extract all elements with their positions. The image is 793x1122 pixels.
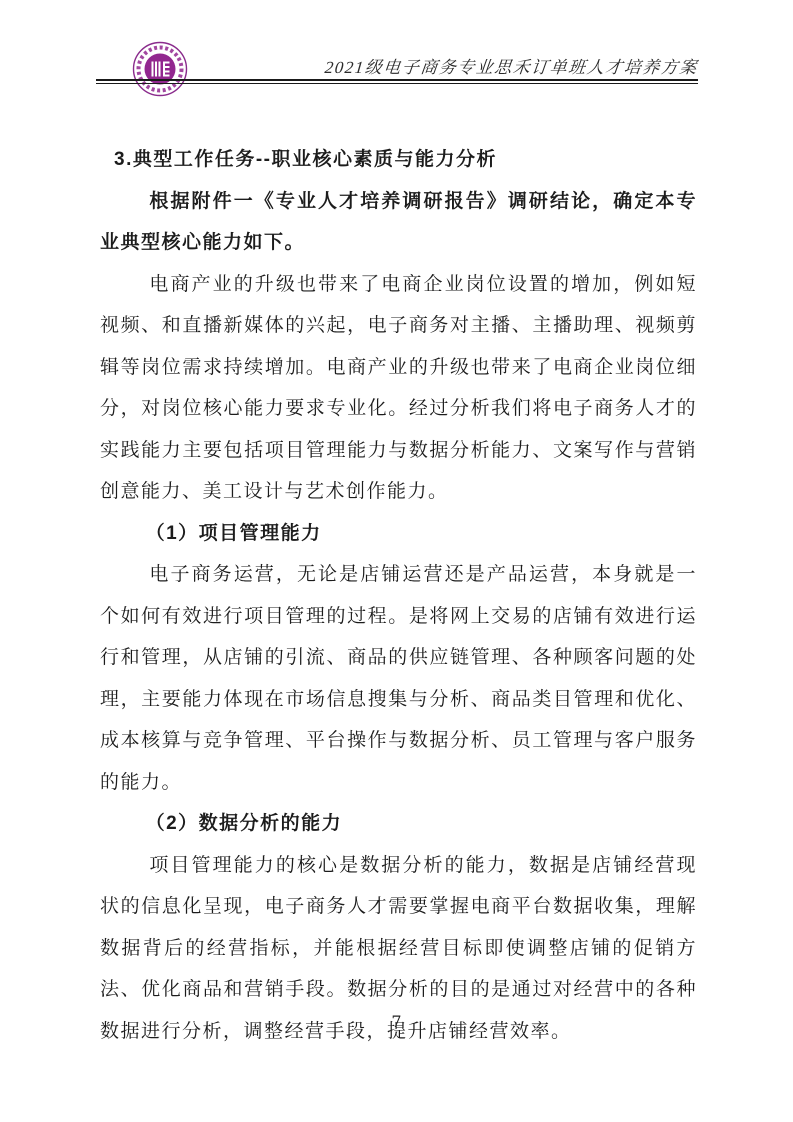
document-page: 2021级电子商务专业思禾订单班人才培养方案 3.典型工作任务--职业核心素质与… [0,0,793,1122]
paragraph-project-management: 电子商务运营，无论是店铺运营还是产品运营，本身就是一个如何有效进行项目管理的过程… [100,554,697,803]
school-seal-icon [132,41,188,97]
page-number: 7 [0,1012,793,1031]
intro-paragraph: 根据附件一《专业人才培养调研报告》调研结论，确定本专业典型核心能力如下。 [100,181,697,264]
header-doc-title: 2021级电子商务专业思禾订单班人才培养方案 [324,53,700,78]
subheading-data-analysis: （2）数据分析的能力 [100,803,697,845]
header-divider [96,79,698,84]
document-body: 3.典型工作任务--职业核心素质与能力分析 根据附件一《专业人才培养调研报告》调… [100,139,697,1052]
paragraph-industry-upgrade: 电商产业的升级也带来了电商企业岗位设置的增加，例如短视频、和直播新媒体的兴起，电… [100,264,697,513]
section-heading: 3.典型工作任务--职业核心素质与能力分析 [100,139,697,181]
subheading-project-management: （1）项目管理能力 [100,513,697,555]
school-seal-svg [132,41,188,97]
